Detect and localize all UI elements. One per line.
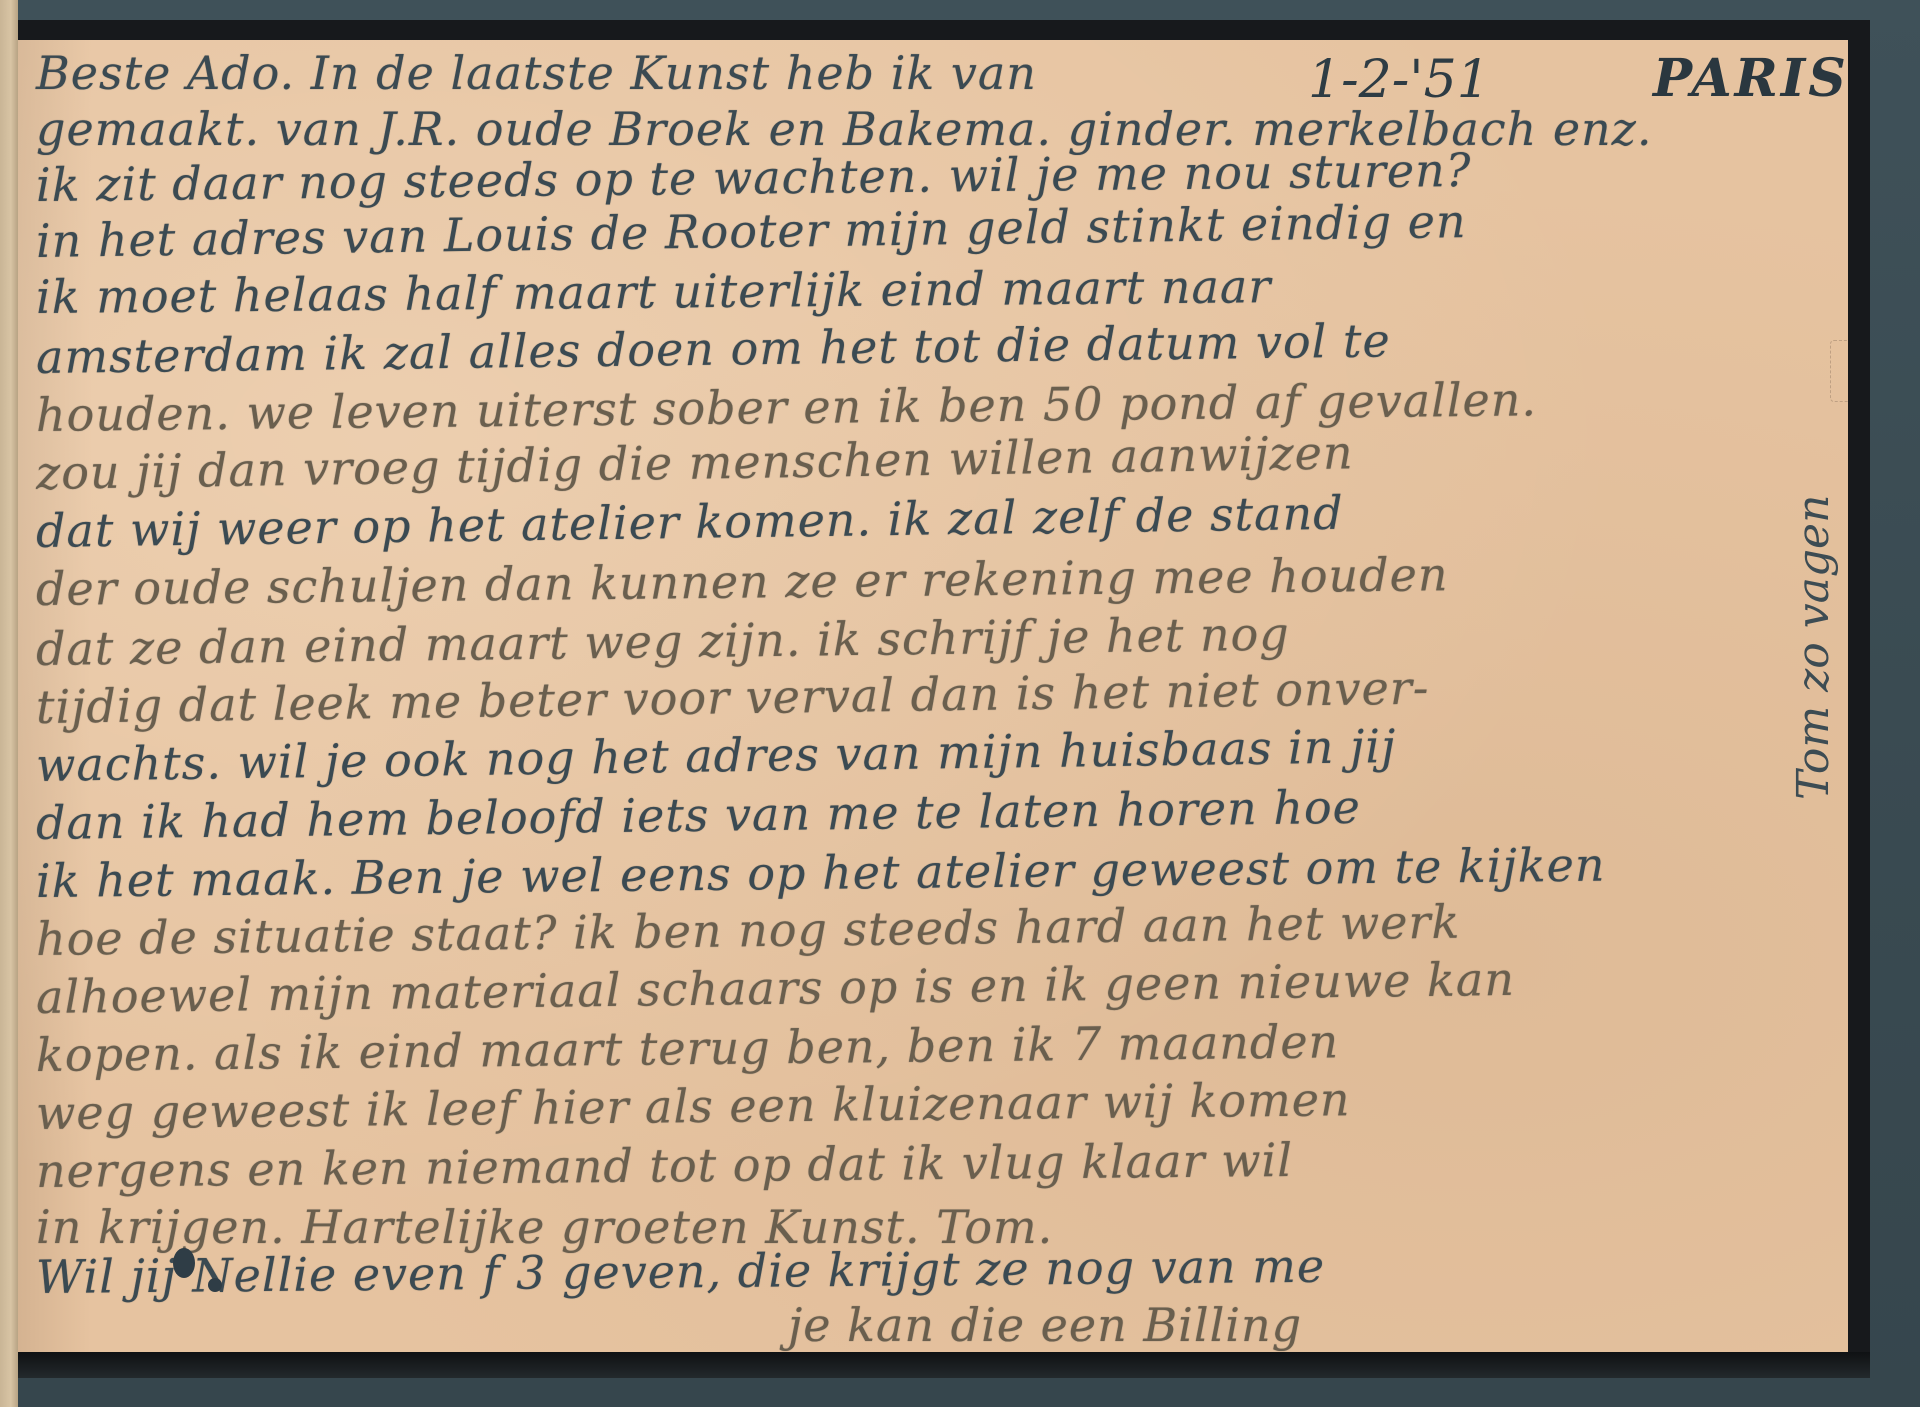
margin-note-vertical: Tom zo vagen — [1788, 495, 1839, 800]
letter-line: weg geweest ik leef hier als een kluizen… — [36, 1072, 1351, 1140]
letter-line: kopen. als ik eind maart terug ben, ben … — [36, 1014, 1340, 1082]
letter-line: der oude schuljen dan kunnen ze er reken… — [36, 547, 1449, 616]
frame-shadow-top — [18, 20, 1868, 42]
frame-shadow-right — [1848, 20, 1870, 1360]
letter-line: amsterdam ik zal alles doen om het tot d… — [36, 313, 1391, 384]
frame-shadow-bottom — [18, 1352, 1870, 1378]
letter-line: je kan die een Billing — [788, 1298, 1302, 1352]
letter-body: Beste Ado. In de laatste Kunst heb ik va… — [18, 40, 1848, 1352]
letter-line: ik moet helaas half maart uiterlijk eind… — [36, 259, 1272, 324]
ink-blot — [173, 1248, 195, 1278]
letter-card: 1-2-'51 PARIS Beste Ado. In de laatste K… — [18, 40, 1848, 1352]
letter-line: Wil jij Nellie even f 3 geven, die krijg… — [36, 1239, 1326, 1304]
letter-line: nergens en ken niemand tot op dat ik vlu… — [36, 1133, 1293, 1198]
letter-line: dan ik had hem beloofd iets van me te la… — [36, 780, 1361, 850]
frame-left-edge — [0, 0, 18, 1407]
letter-line: Beste Ado. In de laatste Kunst heb ik va… — [36, 46, 1037, 100]
ink-blot — [208, 1278, 222, 1292]
